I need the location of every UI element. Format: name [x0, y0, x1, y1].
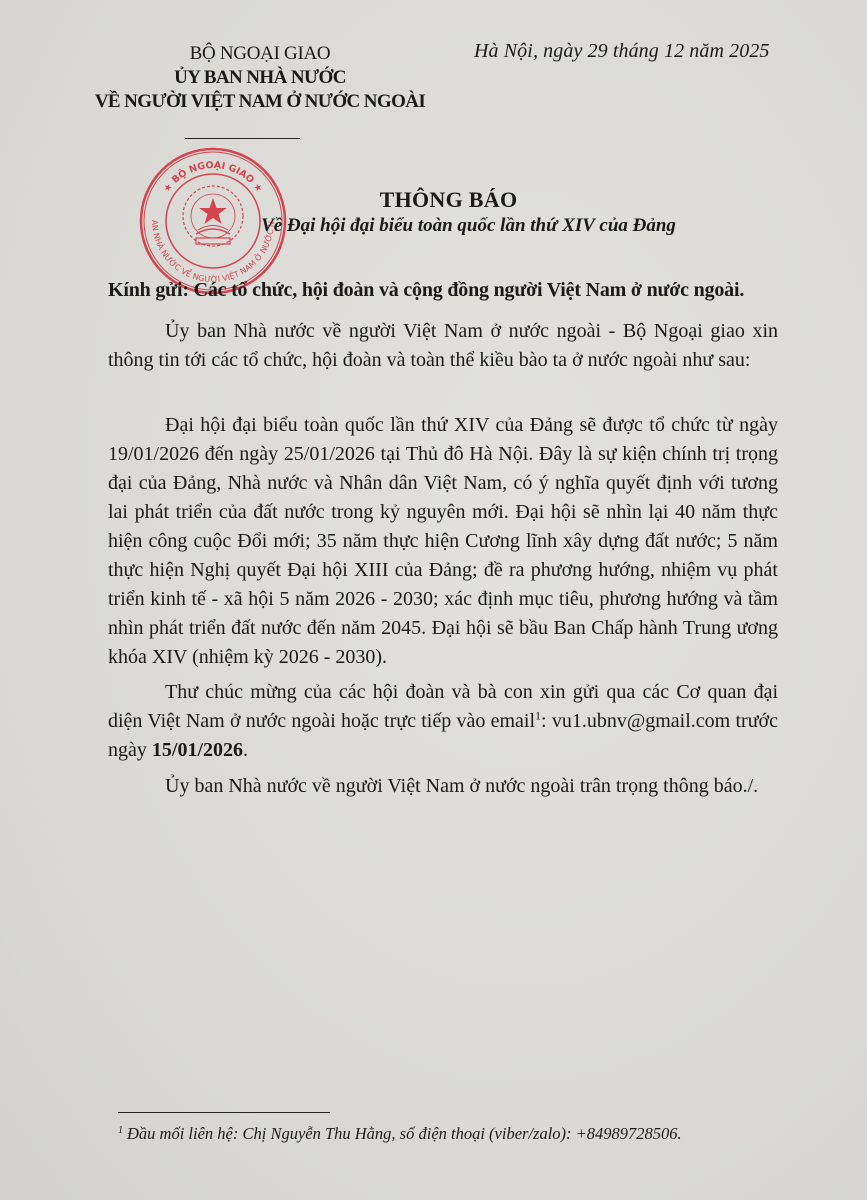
org-line-committee-scope: VỀ NGƯỜI VIỆT NAM Ở NƯỚC NGOÀI	[60, 90, 460, 114]
org-underline-divider	[185, 138, 300, 139]
footnote: 1Đầu mối liên hệ: Chị Nguyễn Thu Hằng, s…	[118, 1124, 682, 1144]
period: .	[243, 739, 248, 761]
document-subtitle: Về Đại hội đại biểu toàn quốc lần thứ XI…	[0, 215, 867, 237]
footnote-marker: 1	[118, 1125, 123, 1136]
document-title: THÔNG BÁO	[0, 187, 867, 213]
place-date: Hà Nội, ngày 29 tháng 12 năm 2025	[474, 40, 770, 63]
org-line-committee: ỦY BAN NHÀ NƯỚC	[60, 66, 460, 90]
paragraph-closing: Ủy ban Nhà nước về người Việt Nam ở nước…	[108, 772, 778, 801]
paragraph-intro: Ủy ban Nhà nước về người Việt Nam ở nước…	[108, 317, 778, 375]
paragraph-congratulation-submission: Thư chúc mừng của các hội đoàn và bà con…	[108, 678, 778, 765]
submission-deadline: 15/01/2026	[152, 739, 243, 761]
paragraph-congress-info: Đại hội đại biểu toàn quốc lần thứ XIV c…	[108, 411, 778, 672]
issuing-organization: BỘ NGOẠI GIAO ỦY BAN NHÀ NƯỚC VỀ NGƯỜI V…	[60, 42, 460, 114]
recipient-line: Kính gửi: Các tổ chức, hội đoàn và cộng …	[108, 279, 744, 302]
footnote-text: Đầu mối liên hệ: Chị Nguyễn Thu Hằng, số…	[127, 1124, 682, 1143]
contact-email[interactable]: vu1.ubnv@gmail.com	[552, 710, 730, 732]
separator: :	[541, 710, 552, 732]
org-line-ministry: BỘ NGOẠI GIAO	[60, 42, 460, 66]
footnote-divider	[118, 1112, 330, 1113]
